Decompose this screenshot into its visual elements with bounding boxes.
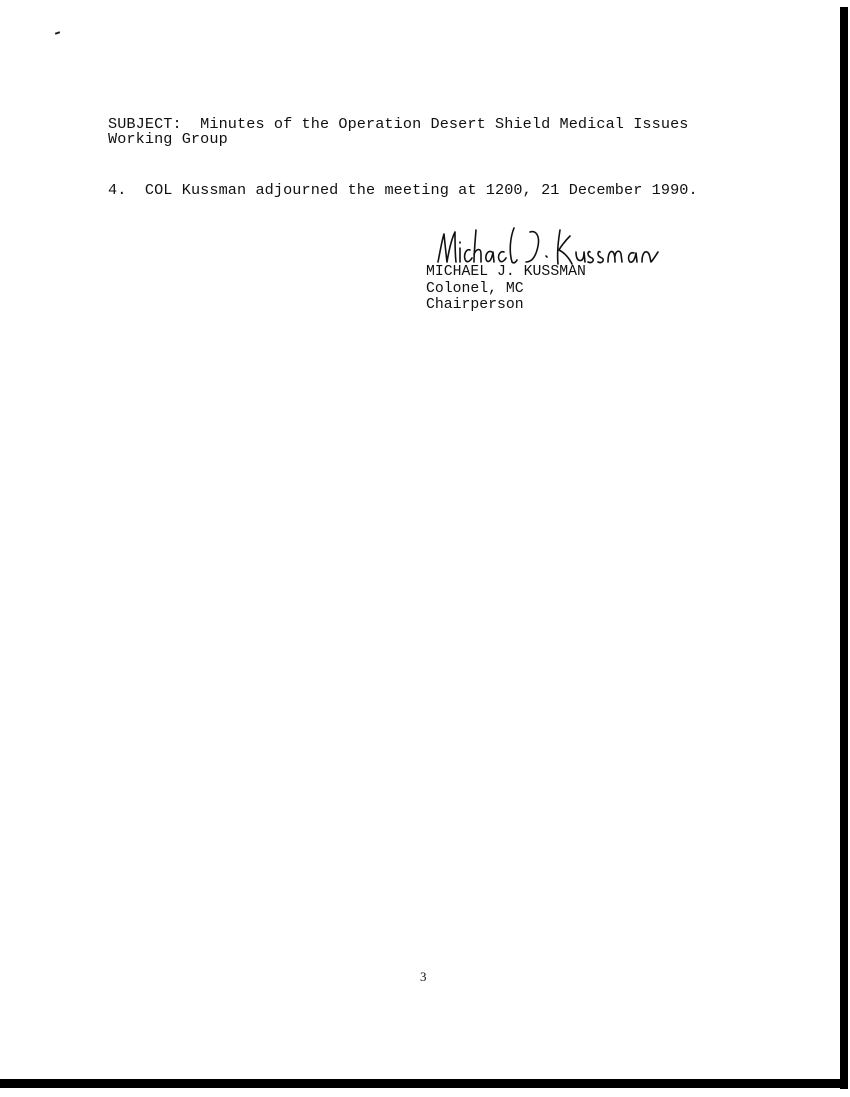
- document-page: SUBJECT: Minutes of the Operation Desert…: [0, 0, 850, 1097]
- subject-continuation: Working Group: [108, 131, 228, 147]
- scan-artifact: [55, 31, 60, 35]
- handwritten-signature: [432, 222, 662, 268]
- paragraph-text: COL Kussman adjourned the meeting at 120…: [145, 181, 698, 199]
- signer-name: MICHAEL J. KUSSMAN: [426, 264, 586, 281]
- scan-border-right: [840, 7, 848, 1089]
- scan-border-bottom: [0, 1079, 848, 1088]
- signer-rank: Colonel, MC: [426, 281, 586, 298]
- paragraph-number: 4.: [108, 181, 126, 199]
- paragraph-4: 4. COL Kussman adjourned the meeting at …: [108, 182, 698, 198]
- subject-text: Minutes of the Operation Desert Shield M…: [200, 115, 688, 133]
- page-number: 3: [420, 970, 427, 984]
- signature-block: MICHAEL J. KUSSMAN Colonel, MC Chairpers…: [426, 264, 586, 314]
- signer-title: Chairperson: [426, 297, 586, 314]
